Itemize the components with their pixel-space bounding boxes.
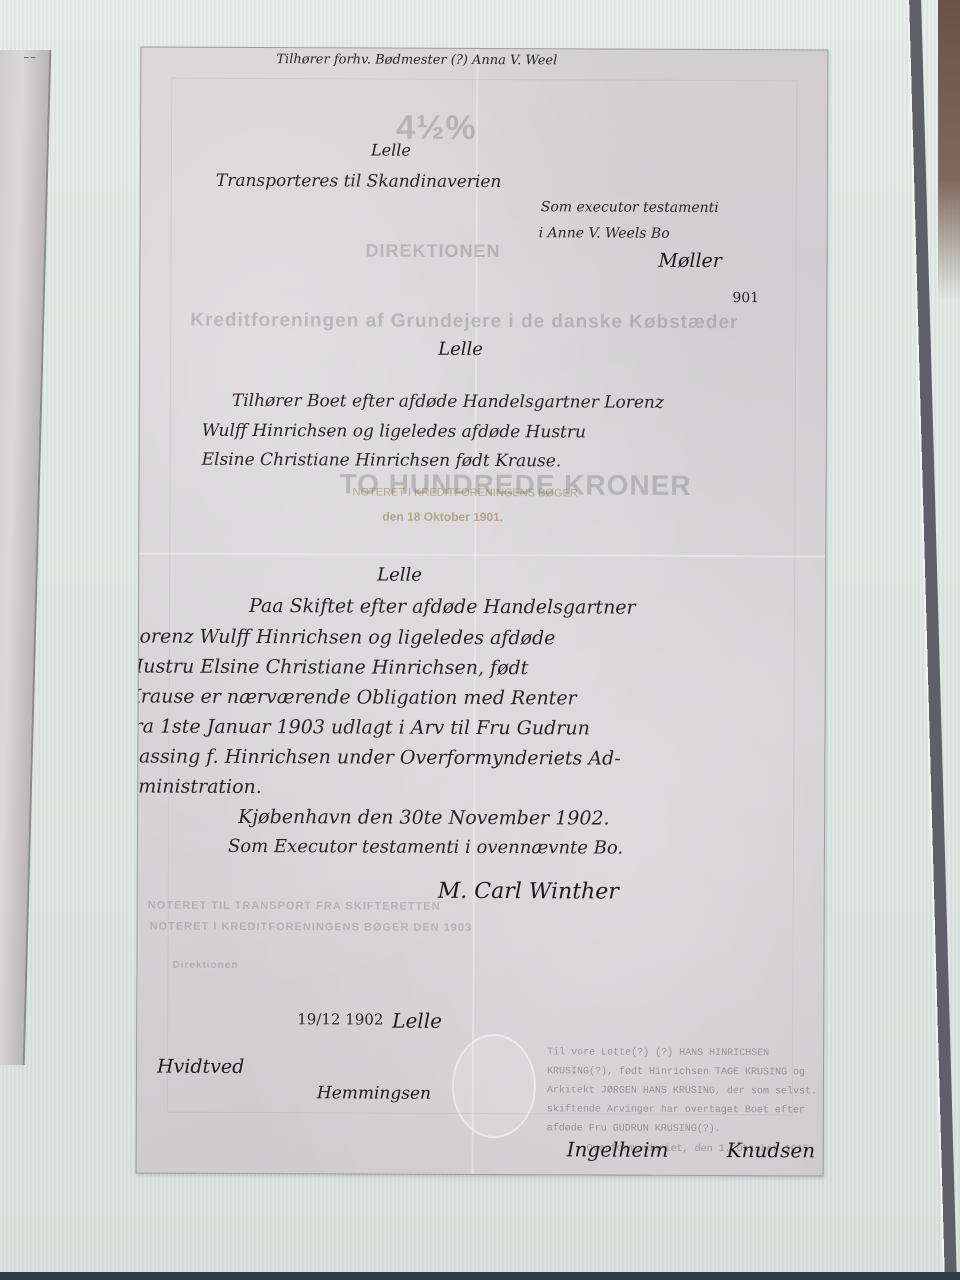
reference-number: 901 bbox=[732, 290, 759, 306]
signature-moller: Møller bbox=[658, 250, 721, 272]
initials-top: Lelle bbox=[371, 141, 411, 160]
endorsement-2-line-4: Krause er nærværende Obligation med Rent… bbox=[136, 685, 577, 709]
top-note: Tilhører forhv. Bødmester (?) Anna V. We… bbox=[276, 52, 557, 68]
endorsement-2-line-2: Lorenz Wulff Hinrichsen og ligeledes afd… bbox=[136, 625, 556, 649]
transfer-line: Transporteres til Skandinaverien bbox=[216, 171, 502, 192]
endorsement-1-line-2: Wulff Hinrichsen og ligeledes afdøde Hus… bbox=[202, 421, 586, 443]
typed-note: Til vore Lotte(?) (?) HANS HINRICHSEN KR… bbox=[547, 1043, 817, 1139]
wall-background bbox=[938, 0, 960, 300]
signature-bottom-left: Ingelheim bbox=[567, 1137, 669, 1161]
initials-middle: Lelle bbox=[438, 339, 483, 360]
executor-line-1: Som executor testamenti bbox=[541, 199, 719, 216]
frame-right-edge bbox=[870, 0, 960, 1280]
endorsement-2-line-7: ministration. bbox=[138, 776, 262, 799]
signature-center: Hemmingsen bbox=[317, 1083, 431, 1103]
endorsement-2-line-1: Paa Skiftet efter afdøde Handelsgartner bbox=[249, 595, 636, 619]
initials-lower: Lelle bbox=[377, 565, 422, 586]
embossed-seal bbox=[452, 1034, 536, 1138]
endorsement-2-place-date: Kjøbenhavn den 30te November 1902. bbox=[238, 806, 610, 830]
printed-direktionen: DIREKTIONEN bbox=[366, 240, 501, 262]
bond-document: Tilhører forhv. Bødmester (?) Anna V. We… bbox=[136, 47, 829, 1177]
printed-lower-line-2: NOTERET I KREDITFORENINGENS BØGER DEN 19… bbox=[150, 921, 473, 934]
printed-header: Kreditforeningen af Grundejere i de dans… bbox=[190, 310, 738, 334]
frame-bottom-edge bbox=[0, 1272, 960, 1280]
executor-line-2: i Anne V. Weels Bo bbox=[539, 225, 670, 242]
printed-noted-date: den 18 Oktober 1901. bbox=[382, 510, 503, 525]
typed-note-line-5: afdøde Fru GUDRUN KRUSING(?). bbox=[547, 1119, 817, 1139]
stamp-initials: Lelle bbox=[392, 1009, 442, 1033]
typed-note-line-1: Til vore Lotte(?) (?) HANS HINRICHSEN bbox=[547, 1043, 817, 1063]
endorsement-2-line-6: Lassing f. Hinrichsen under Overformynde… bbox=[136, 745, 621, 769]
endorsement-1-line-1: Tilhører Boet efter afdøde Handelsgartne… bbox=[232, 391, 664, 413]
signature-left: Hvidtved bbox=[157, 1056, 244, 1078]
typed-note-line-3: Arkitekt JØRGEN HANS KRUSING, der som se… bbox=[547, 1081, 817, 1101]
typed-note-line-2: KRUSING(?), født Hinrichsen TAGE KRUSING… bbox=[547, 1062, 817, 1082]
neighbor-scribble: ~~ bbox=[23, 53, 37, 62]
signature-bottom-right: Knudsen bbox=[727, 1138, 816, 1162]
endorsement-2-line-5: fra 1ste Januar 1903 udlagt i Arv til Fr… bbox=[136, 715, 590, 739]
printed-noted-line: NOTERET I KREDITFORENINGENS BØGER bbox=[352, 486, 577, 499]
stamp-date: 19/12 1902 bbox=[297, 1010, 383, 1028]
endorsement-2-executor: Som Executor testamenti i ovennævnte Bo. bbox=[228, 836, 623, 859]
printed-lower-line-3: Direktionen bbox=[172, 960, 238, 971]
endorsement-2-line-3: Hustru Elsine Christiane Hinrichsen, fød… bbox=[136, 655, 529, 679]
typed-note-line-4: skiftende Arvinger har overtaget Boet ef… bbox=[547, 1100, 817, 1120]
printed-lower-line-1: NOTERET TIL TRANSPORT FRA SKIFTERETTEN bbox=[148, 900, 441, 913]
signature-winther: M. Carl Winther bbox=[438, 879, 619, 905]
